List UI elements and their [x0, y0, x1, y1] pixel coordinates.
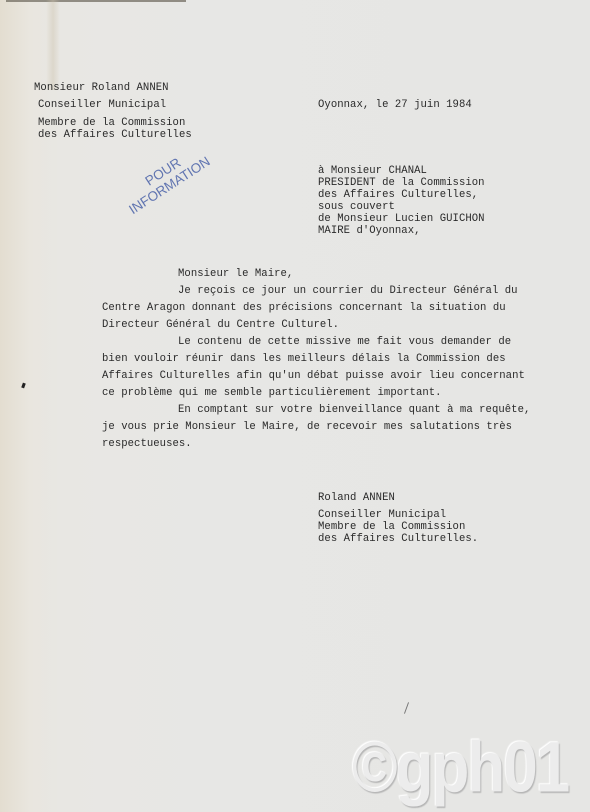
- paragraph-line: Affaires Culturelles afin qu'un débat pu…: [102, 370, 525, 382]
- recipient-line: de Monsieur Lucien GUICHON: [318, 213, 485, 225]
- sender-role-line1: Membre de la Commission: [38, 117, 185, 129]
- signature-line: des Affaires Culturelles.: [318, 533, 478, 545]
- paragraph-3-first-line: En comptant sur votre bienveillance quan…: [178, 404, 530, 416]
- information-stamp: POUR INFORMATION: [118, 141, 213, 217]
- ink-speck: [21, 383, 26, 389]
- pencil-mark: [404, 702, 409, 714]
- paragraph-line: ce problème qui me semble particulièreme…: [102, 387, 442, 399]
- signature-name: Roland ANNEN: [318, 492, 395, 504]
- sender-role-line2: des Affaires Culturelles: [38, 129, 192, 141]
- scan-edge: [6, 0, 186, 2]
- paper-crease: [46, 0, 60, 90]
- letter-page: Monsieur Roland ANNEN Conseiller Municip…: [0, 0, 590, 812]
- paragraph-line: Directeur Général du Centre Culturel.: [102, 319, 339, 331]
- sender-title: Conseiller Municipal: [38, 99, 166, 111]
- paragraph-line: Centre Aragon donnant des précisions con…: [102, 302, 506, 314]
- recipient-line: MAIRE d'Oyonnax,: [318, 225, 421, 237]
- signature-line: Membre de la Commission: [318, 521, 465, 533]
- paragraph-2-first-line: Le contenu de cette missive me fait vous…: [178, 336, 511, 348]
- paragraph-line: bien vouloir réunir dans les meilleurs d…: [102, 353, 506, 365]
- paragraph-line: respectueuses.: [102, 438, 192, 450]
- letter-date: Oyonnax, le 27 juin 1984: [318, 99, 472, 111]
- recipient-line: sous couvert: [318, 201, 395, 213]
- recipient-line: PRESIDENT de la Commission: [318, 177, 485, 189]
- salutation: Monsieur le Maire,: [178, 268, 293, 280]
- paragraph-line: je vous prie Monsieur le Maire, de recev…: [102, 421, 512, 433]
- recipient-line: des Affaires Culturelles,: [318, 189, 478, 201]
- sender-name: Monsieur Roland ANNEN: [34, 82, 169, 94]
- signature-line: Conseiller Municipal: [318, 509, 446, 521]
- copyright-watermark: ©gph01: [352, 733, 568, 804]
- paragraph-1-first-line: Je reçois ce jour un courrier du Directe…: [178, 285, 518, 297]
- recipient-line: à Monsieur CHANAL: [318, 165, 427, 177]
